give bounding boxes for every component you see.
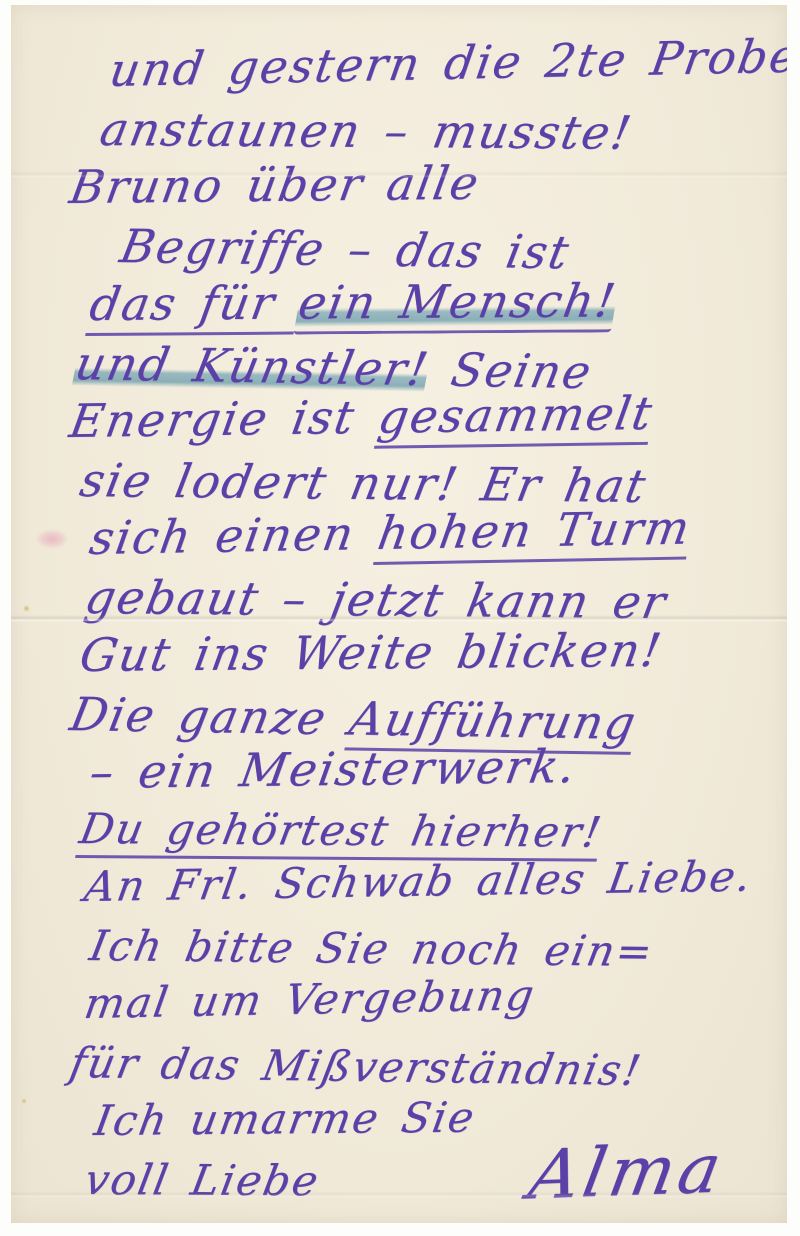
letter-text: Ich bitte Sie noch ein= [86,921,658,976]
letter-text: Gut ins Weite blicken! [76,623,667,682]
letter-line: Du gehörtest hierher! [76,804,606,857]
letter-line: und gestern die 2te Probe [106,29,787,97]
letter-line: für das Mißverständnis! [66,1038,646,1095]
letter-text: mal um Vergebung [81,970,539,1028]
letter-text: Begriffe – das ist [116,219,575,279]
letter-line: – ein Meisterwerk. [86,739,581,799]
letter-text: Ich umarme Sie [91,1093,479,1145]
letter-text: Die ganze [66,687,356,745]
underlined-text: das für [85,276,304,336]
letter-line: Ich umarme Sie [91,1093,479,1145]
letter-page: und gestern die 2te Probeanstaunen – mus… [11,5,787,1223]
letter-line: Begriffe – das ist [116,219,575,279]
signature: Alma [523,1130,730,1216]
letter-text: sich einen [86,506,383,565]
paper-speck [23,605,30,612]
underlined-text: Du gehörtest hierher! [75,804,606,862]
letter-line: Gut ins Weite blicken! [76,623,667,682]
pink-ink-smudge [37,530,67,548]
letter-text: für das Mißverständnis! [66,1038,646,1095]
letter-text: An Frl. Schwab alles Liebe. [81,852,756,911]
letter-line: sich einen hohen Turm [86,501,695,565]
letter-line: gebaut – jetzt kann er [81,570,672,629]
letter-text: anstaunen – musste! [96,102,637,160]
letter-line: An Frl. Schwab alles Liebe. [81,852,756,911]
letter-text: Bruno über alle [66,156,484,214]
highlighted-text: ein Mensch! [294,273,621,334]
letter-line: Energie ist gesammelt [66,386,657,448]
letter-text: gebaut – jetzt kann er [81,570,672,629]
letter-line: mal um Vergebung [81,970,539,1028]
letter-text: – ein Meisterwerk. [86,739,581,799]
letter-text: Energie ist [66,390,383,448]
letter-line: voll Liebe [81,1155,324,1205]
letter-line: Ich bitte Sie noch ein= [86,921,658,976]
paper-speck [21,1098,27,1104]
letter-text: und gestern die 2te Probe [106,29,787,97]
letter-line: das für ein Mensch! [86,273,621,331]
letter-line: anstaunen – musste! [96,102,637,160]
letter-text: voll Liebe [81,1155,324,1205]
underlined-text: gesammelt [374,386,658,449]
letter-line: Bruno über alle [66,156,484,214]
highlighted-text: und Künstler! [71,336,434,396]
underlined-text: hohen Turm [373,501,695,565]
scan-border: und gestern die 2te Probeanstaunen – mus… [0,0,800,1236]
